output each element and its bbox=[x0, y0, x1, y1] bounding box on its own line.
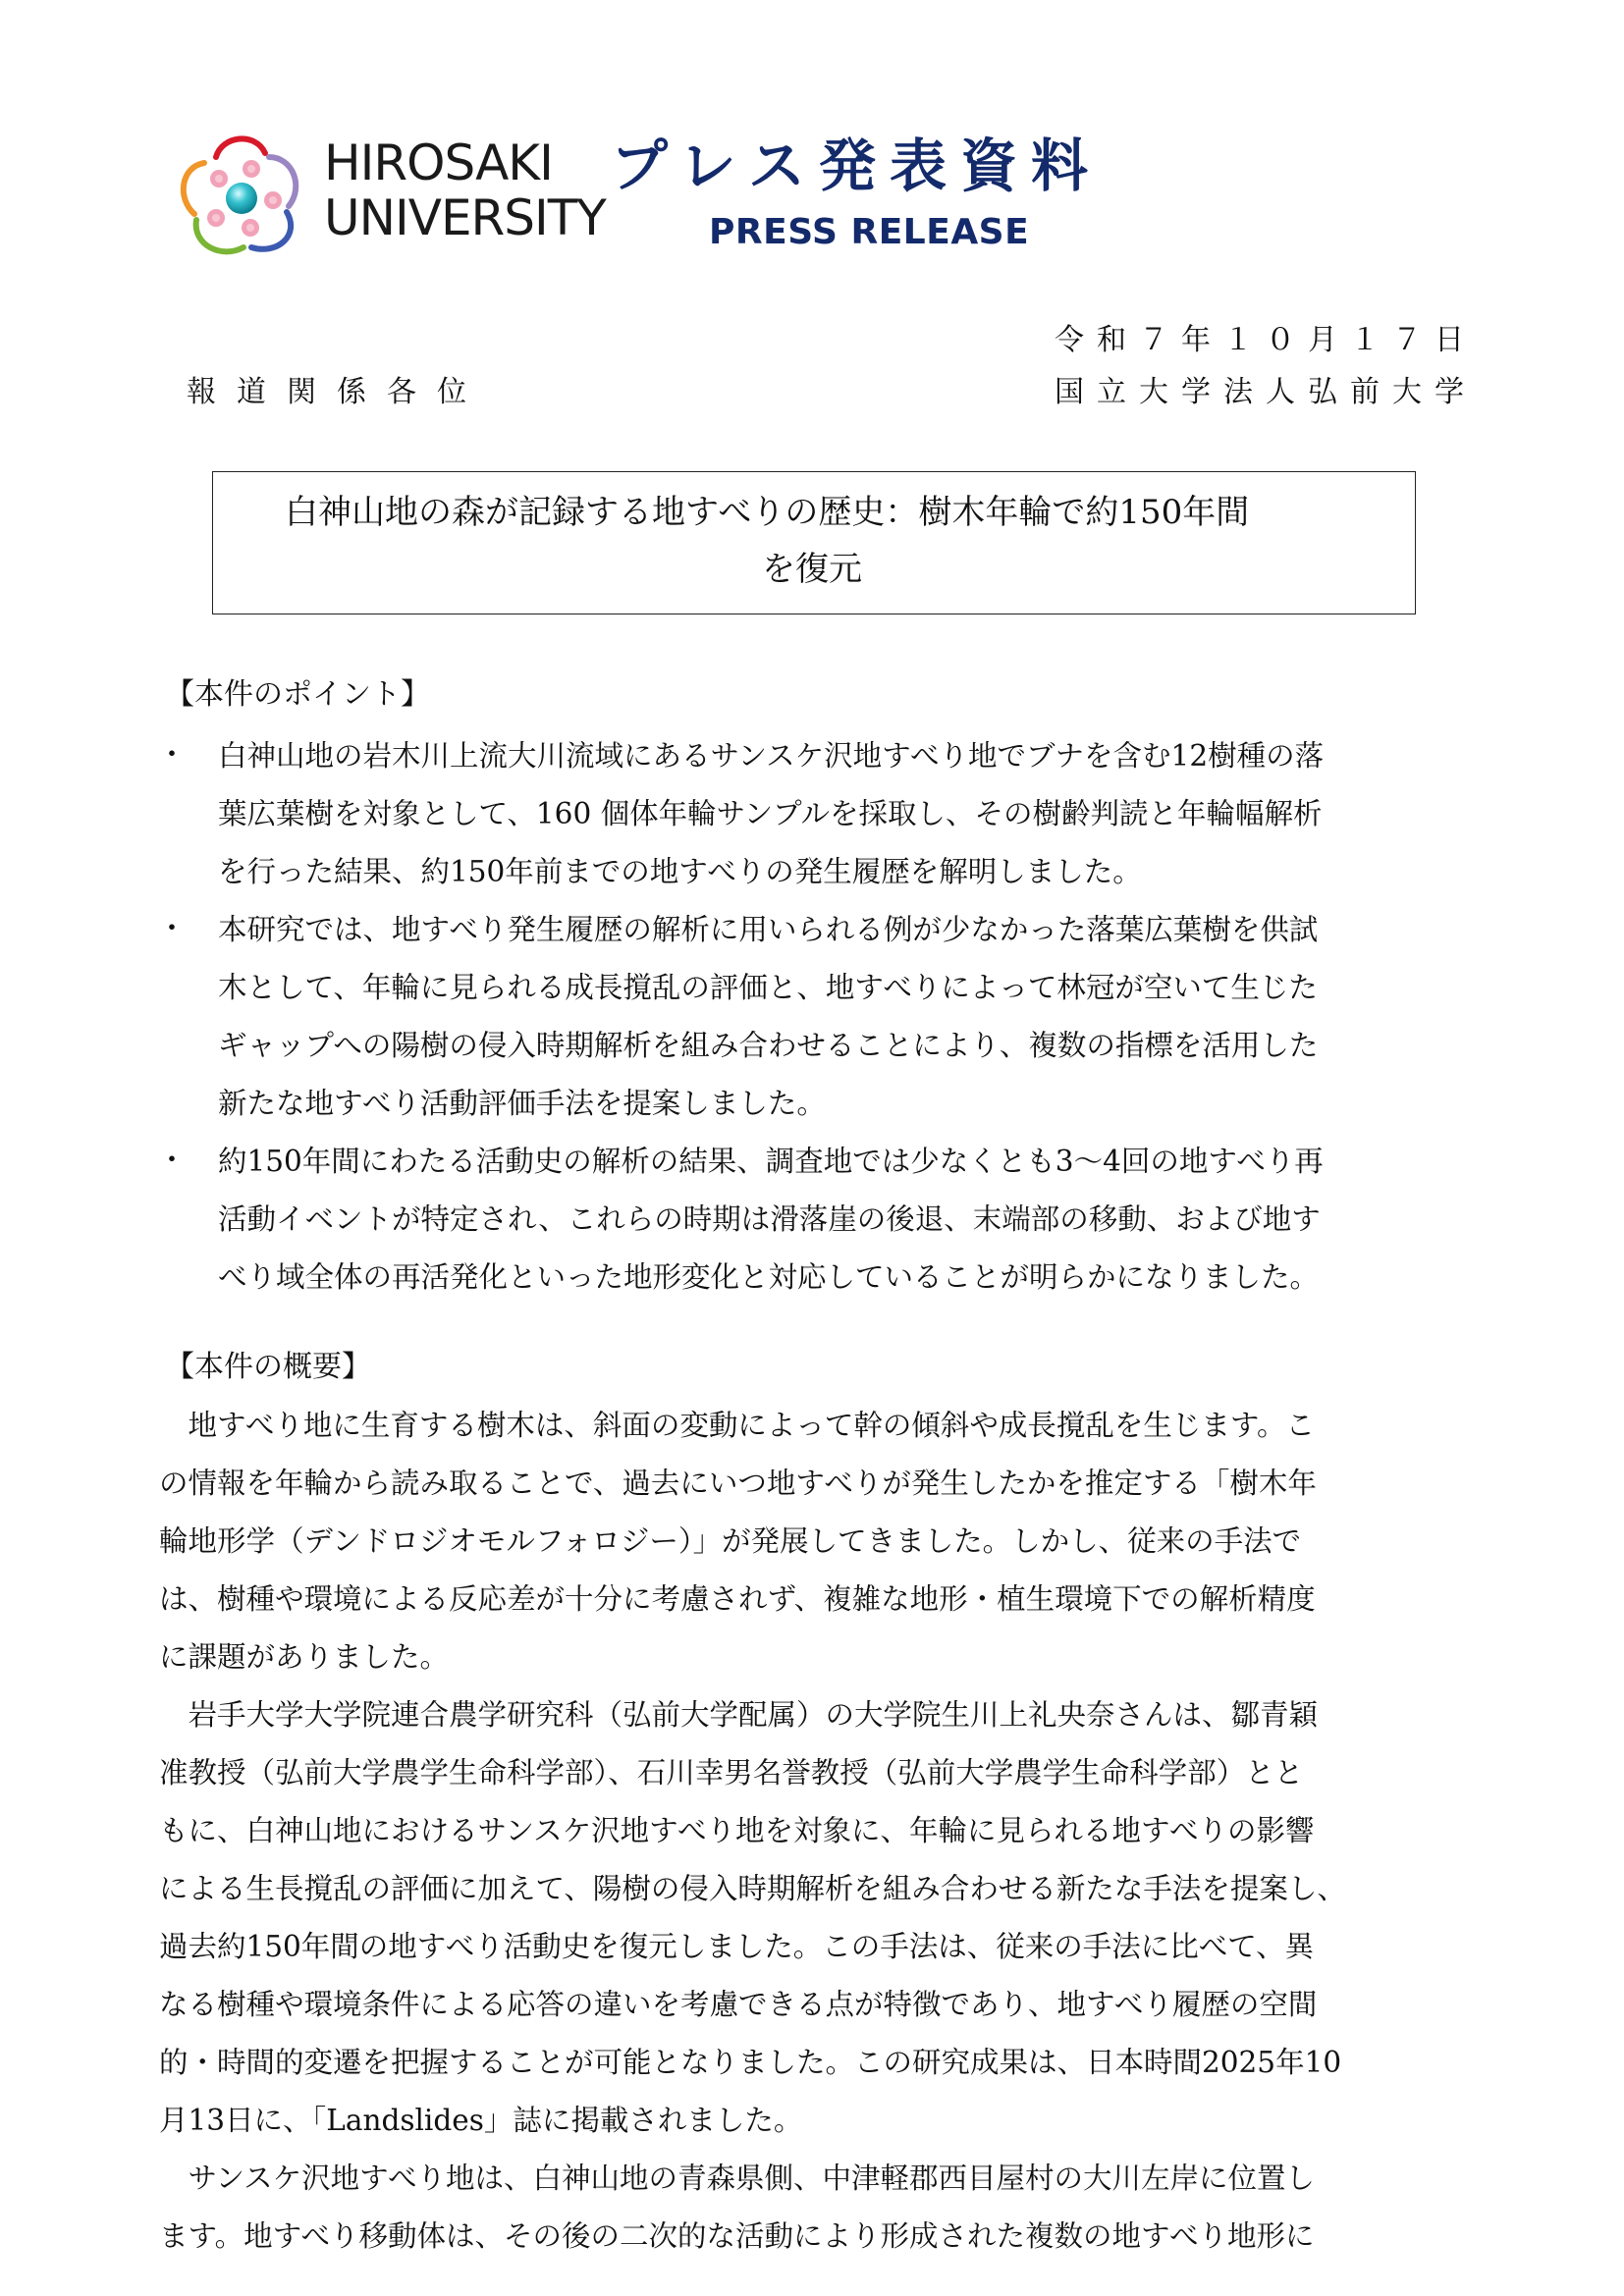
overview-line: ます。地すべり移動体は、その後の二次的な活動により形成された複数の地すべり地形に bbox=[159, 2216, 1314, 2256]
university-name-line2: UNIVERSITY bbox=[324, 190, 606, 245]
university-name: HIROSAKI UNIVERSITY bbox=[324, 135, 606, 245]
bullet-icon: ・ bbox=[157, 736, 187, 775]
overview-line: サンスケ沢地すべり地は、白神山地の青森県側、中津軽郡西目屋村の大川左岸に位置し bbox=[159, 2159, 1315, 2198]
overview-line: の情報を年輪から読み取ることで、過去にいつ地すべりが発生したかを推定する「樹木年 bbox=[159, 1464, 1317, 1503]
point-3-line-3: べり域全体の再活発化といった地形変化と対応していることが明らかになりました。 bbox=[218, 1257, 1319, 1297]
point-1-line-3: を行った結果、約150年前までの地すべりの発生履歴を解明しました。 bbox=[218, 852, 1142, 891]
overview-line: なる樹種や環境条件による応答の違いを考慮できる点が特徴であり、地すべり履歴の空間 bbox=[159, 1985, 1317, 2024]
overview-line: 過去約150年間の地すべり活動史を復元しました。この手法は、従来の手法に比べて、… bbox=[159, 1927, 1314, 1966]
point-1-line-1: 白神山地の岩木川上流大川流域にあるサンスケ沢地すべり地でブナを含む12樹種の落 bbox=[218, 736, 1324, 775]
overview-line: 的・時間的変遷を把握することが可能となりました。この研究成果は、日本時間2025… bbox=[159, 2043, 1341, 2082]
addressee: 報道関係各位 bbox=[187, 371, 487, 414]
overview-line: に課題がありました。 bbox=[159, 1637, 449, 1677]
overview-line: もに、白神山地におけるサンスケ沢地すべり地を対象に、年輪に見られる地すべりの影響 bbox=[159, 1811, 1314, 1850]
overview-line: 准教授（弘前大学農学生命科学部）、石川幸男名誉教授（弘前大学農学生命科学部）とと bbox=[159, 1753, 1303, 1792]
point-2-line-4: 新たな地すべり活動評価手法を提案しました。 bbox=[218, 1084, 826, 1123]
point-2-line-2: 木として、年輪に見られる成長撹乱の評価と、地すべりによって林冠が空いて生じた bbox=[218, 968, 1318, 1007]
point-2-line-3: ギャップへの陽樹の侵入時期解析を組み合わせることにより、複数の指標を活用した bbox=[218, 1026, 1318, 1065]
point-3-line-2: 活動イベントが特定され、これらの時期は滑落崖の後退、末端部の移動、および地す bbox=[218, 1200, 1321, 1239]
release-date: 令和７年１０月１７日 bbox=[1055, 319, 1477, 362]
points-heading: 【本件のポイント】 bbox=[165, 675, 430, 715]
overview-line: 月13日に、「Landslides」誌に掲載されました。 bbox=[159, 2101, 802, 2140]
plum-blossom-logo-icon bbox=[175, 130, 304, 257]
point-1-line-2: 葉広葉樹を対象として、160 個体年輪サンプルを採取し、その樹齢判読と年輪幅解析 bbox=[218, 794, 1322, 833]
bullet-icon: ・ bbox=[157, 1142, 187, 1181]
university-logo bbox=[175, 130, 304, 257]
title-line-1: 白神山地の森が記録する地すべりの歴史：樹木年輪で約150年間 bbox=[285, 491, 1249, 534]
overview-line: 岩手大学大学院連合農学研究科（弘前大学配属）の大学院生川上礼央奈さんは、鄒青穎 bbox=[159, 1695, 1318, 1735]
overview-line: 輪地形学（デンドロジオモルフォロジー）」が発展してきました。しかし、従来の手法で bbox=[159, 1522, 1301, 1561]
press-title-jp: プレス発表資料 bbox=[611, 132, 1102, 200]
overview-heading: 【本件の概要】 bbox=[165, 1348, 371, 1387]
point-3-line-1: 約150年間にわたる活動史の解析の結果、調査地では少なくとも3～4回の地すべり再 bbox=[218, 1142, 1324, 1181]
overview-line: は、樹種や環境による反応差が十分に考慮されず、複雑な地形・植生環境下での解析精度 bbox=[159, 1579, 1316, 1619]
organization: 国立大学法人弘前大学 bbox=[1055, 371, 1477, 414]
overview-line: による生長撹乱の評価に加えて、陽樹の侵入時期解析を組み合わせる新たな手法を提案し… bbox=[159, 1869, 1346, 1908]
bullet-icon: ・ bbox=[157, 910, 187, 949]
press-title-en: PRESS RELEASE bbox=[709, 211, 1029, 254]
university-name-line1: HIROSAKI bbox=[324, 135, 606, 190]
overview-line: 地すべり地に生育する樹木は、斜面の変動によって幹の傾斜や成長撹乱を生じます。こ bbox=[159, 1406, 1315, 1445]
title-line-2: を復元 bbox=[0, 548, 1624, 591]
point-2-line-1: 本研究では、地すべり発生履歴の解析に用いられる例が少なかった落葉広葉樹を供試 bbox=[218, 910, 1318, 949]
